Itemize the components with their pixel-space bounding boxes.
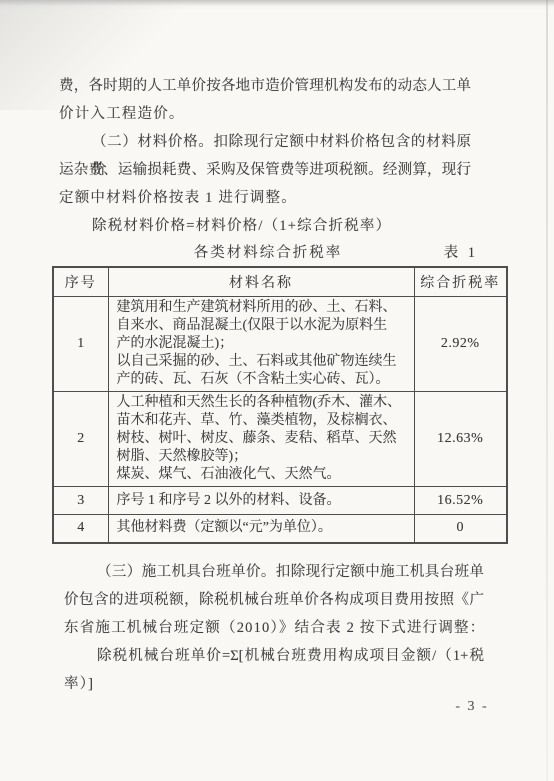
body-text-line: 费，各时期的人工单价按各地市造价管理机构发布的动态人工单: [59, 72, 471, 100]
material-name-line: 人工种植和天然生长的各种植物(乔木、灌木、: [117, 394, 409, 412]
material-name-line: 树脂、天然橡胶等)；: [117, 448, 409, 466]
table-number-label: 表 1: [444, 241, 478, 262]
table-row: 3 序号 1 和序号 2 以外的材料、设备。 16.52%: [53, 487, 507, 515]
table-header-rate: 综合折税率: [414, 267, 507, 297]
material-name-line: 树枝、树叶、树皮、藤条、麦秸、稻草、天然: [117, 430, 409, 448]
body-text-line: 东省施工机械台班定额（2010）》结合表 2 按下式进行调整：: [64, 614, 484, 642]
body-text-line: 价计入工程造价。: [59, 100, 471, 128]
rate-cell: 12.63%: [414, 392, 507, 487]
material-name-cell: 序号 1 和序号 2 以外的材料、设备。: [108, 487, 414, 515]
material-name-cell: 人工种植和天然生长的各种植物(乔木、灌木、 苗木和花卉、草、竹、藻类植物，及棕榈…: [108, 392, 414, 487]
row-number-cell: 3: [53, 487, 108, 515]
paragraph-block-top: 费，各时期的人工单价按各地市造价管理机构发布的动态人工单 价计入工程造价。 （二…: [59, 72, 471, 240]
body-text-line: 运杂费、运输损耗费、采购及保管费等进项税额。经测算，现行: [59, 156, 471, 184]
body-text-line: （三）施工机具台班单价。扣除现行定额中施工机具台班单: [64, 558, 484, 586]
material-name-line: 以自己采掘的砂、土、石料或其他矿物连续生: [117, 353, 409, 371]
table-header-no: 序号: [53, 267, 108, 297]
material-name-cell: 其他材料费（定额以“元”为单位）。: [108, 515, 414, 543]
material-name-line: 自来水、商品混凝土(仅限于以水泥为原料生: [117, 317, 409, 335]
table-caption-title: 各类材料综合折税率: [52, 241, 484, 262]
material-name-line: 产的水泥混凝土)；: [117, 335, 409, 353]
body-text-line: （二）材料价格。扣除现行定额中材料价格包含的材料原价、: [59, 128, 471, 156]
paragraph-block-bottom: （三）施工机具台班单价。扣除现行定额中施工机具台班单 价包含的进项税额，除税机械…: [64, 558, 484, 698]
page-number: - 3 -: [440, 699, 504, 715]
material-name-line: 苗木和花卉、草、竹、藻类植物，及棕榈衣、: [117, 412, 409, 430]
formula-machine-price-cont: 率）]: [64, 670, 484, 698]
scan-edge-right: [546, 0, 548, 781]
row-number-cell: 4: [53, 515, 108, 543]
formula-material-price: 除税材料价格=材料价格/（1+综合折税率）: [59, 212, 471, 240]
material-name-line: 产的砖、瓦、石灰（不含粘土实心砖、瓦）。: [117, 371, 409, 389]
material-name-line: 建筑用和生产建筑材料所用的砂、土、石料、: [117, 299, 409, 317]
material-name-line: 煤炭、煤气、石油液化气、天然气。: [117, 466, 409, 484]
table-row: 2 人工种植和天然生长的各种植物(乔木、灌木、 苗木和花卉、草、竹、藻类植物，及…: [53, 392, 507, 487]
table-header-row: 序号 材料名称 综合折税率: [53, 267, 507, 297]
table-header-name: 材料名称: [108, 267, 414, 297]
table-row: 4 其他材料费（定额以“元”为单位）。 0: [53, 515, 507, 543]
table-caption: 各类材料综合折税率 表 1: [52, 241, 506, 263]
rate-cell: 16.52%: [414, 487, 507, 515]
material-name-cell: 建筑用和生产建筑材料所用的砂、土、石料、 自来水、商品混凝土(仅限于以水泥为原料…: [108, 297, 414, 392]
rate-cell: 0: [414, 515, 507, 543]
row-number-cell: 2: [53, 392, 108, 487]
document-page: 费，各时期的人工单价按各地市造价管理机构发布的动态人工单 价计入工程造价。 （二…: [0, 0, 554, 781]
body-text-line: 价包含的进项税额，除税机械台班单价各构成项目费用按照《广: [64, 586, 484, 614]
material-name-line: 序号 1 和序号 2 以外的材料、设备。: [117, 492, 409, 510]
rate-cell: 2.92%: [414, 297, 507, 392]
formula-machine-price: 除税机械台班单价=Σ[机械台班费用构成项目金额/（1+税: [64, 642, 484, 670]
scan-edge-top: [0, 0, 554, 10]
rates-table: 序号 材料名称 综合折税率 1 建筑用和生产建筑材料所用的砂、土、石料、 自来水…: [52, 266, 508, 544]
material-name-line: 其他材料费（定额以“元”为单位）。: [117, 519, 409, 537]
body-text-line: 定额中材料价格按表 1 进行调整。: [59, 184, 471, 212]
table-row: 1 建筑用和生产建筑材料所用的砂、土、石料、 自来水、商品混凝土(仅限于以水泥为…: [53, 297, 507, 392]
row-number-cell: 1: [53, 297, 108, 392]
